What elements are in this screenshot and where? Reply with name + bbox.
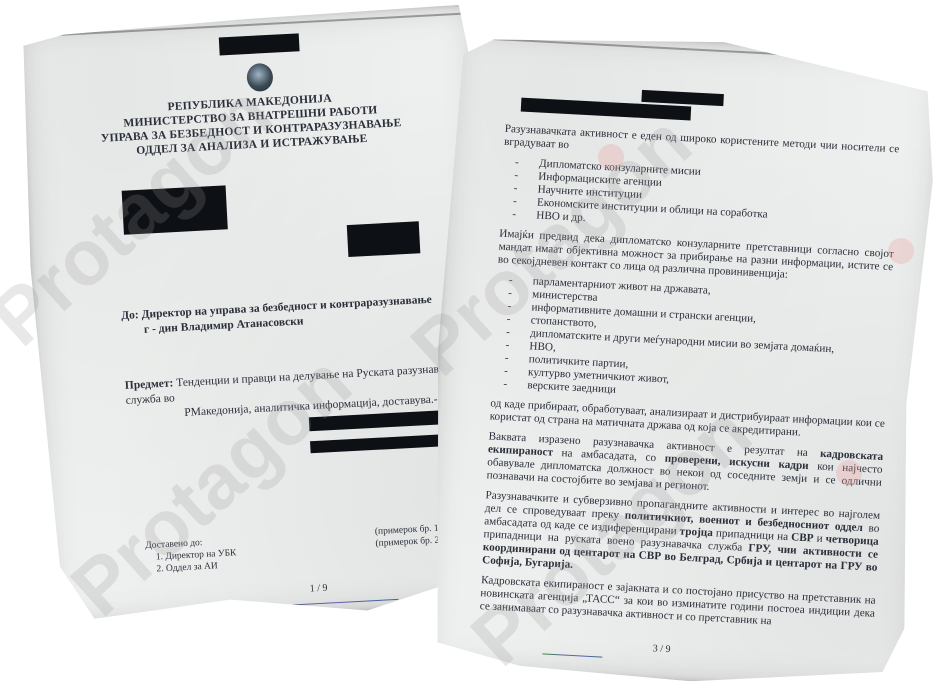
redaction-bar bbox=[219, 33, 300, 55]
bold-run: тројца bbox=[679, 525, 713, 539]
redaction-bar bbox=[122, 185, 228, 234]
paragraph: Разузнавачките и субверзивно пропагандни… bbox=[482, 489, 881, 588]
subject-label: Предмет: bbox=[125, 377, 174, 392]
document-page-3: Разузнавачката активност е еден од широк… bbox=[422, 28, 945, 693]
addressee-block: До: Директор на управа за безбедност и к… bbox=[121, 293, 433, 339]
body-text: Разузнавачката активност е еден од широк… bbox=[479, 123, 900, 641]
letterhead: РЕПУБЛИКА МАКЕДОНИЈА МИНИСТЕРСТВО ЗА ВНА… bbox=[22, 84, 479, 164]
watermark-dot bbox=[888, 238, 914, 264]
coat-of-arms-icon bbox=[246, 63, 273, 92]
watermark-dot bbox=[598, 144, 624, 170]
footer-rule bbox=[542, 653, 602, 657]
bullet-list: Дипломатско конзуларните мисии Информаци… bbox=[500, 156, 898, 242]
copy-numbers: (примерок бр. 1) (примерок бр. 2) bbox=[375, 523, 443, 550]
page-number: 3 / 9 bbox=[652, 643, 670, 655]
watermark-dot bbox=[836, 460, 862, 486]
redaction-bar bbox=[310, 434, 446, 453]
footer-rule bbox=[249, 599, 399, 608]
bullet-list: парламентарниот живот на државата, минис… bbox=[491, 274, 892, 412]
copy-number: (примерок бр. 2) bbox=[375, 534, 443, 549]
document-page-1: РЕПУБЛИКА МАКЕДОНИЈА МИНИСТЕРСТВО ЗА ВНА… bbox=[18, 4, 504, 627]
bold-run: СВР bbox=[791, 531, 814, 544]
distribution-list: Доставено до: 1. Директор на УБК 2. Одде… bbox=[145, 535, 237, 576]
redaction-bar bbox=[347, 221, 421, 257]
page-number: 1 / 9 bbox=[309, 583, 327, 595]
text-run: и bbox=[813, 532, 826, 545]
